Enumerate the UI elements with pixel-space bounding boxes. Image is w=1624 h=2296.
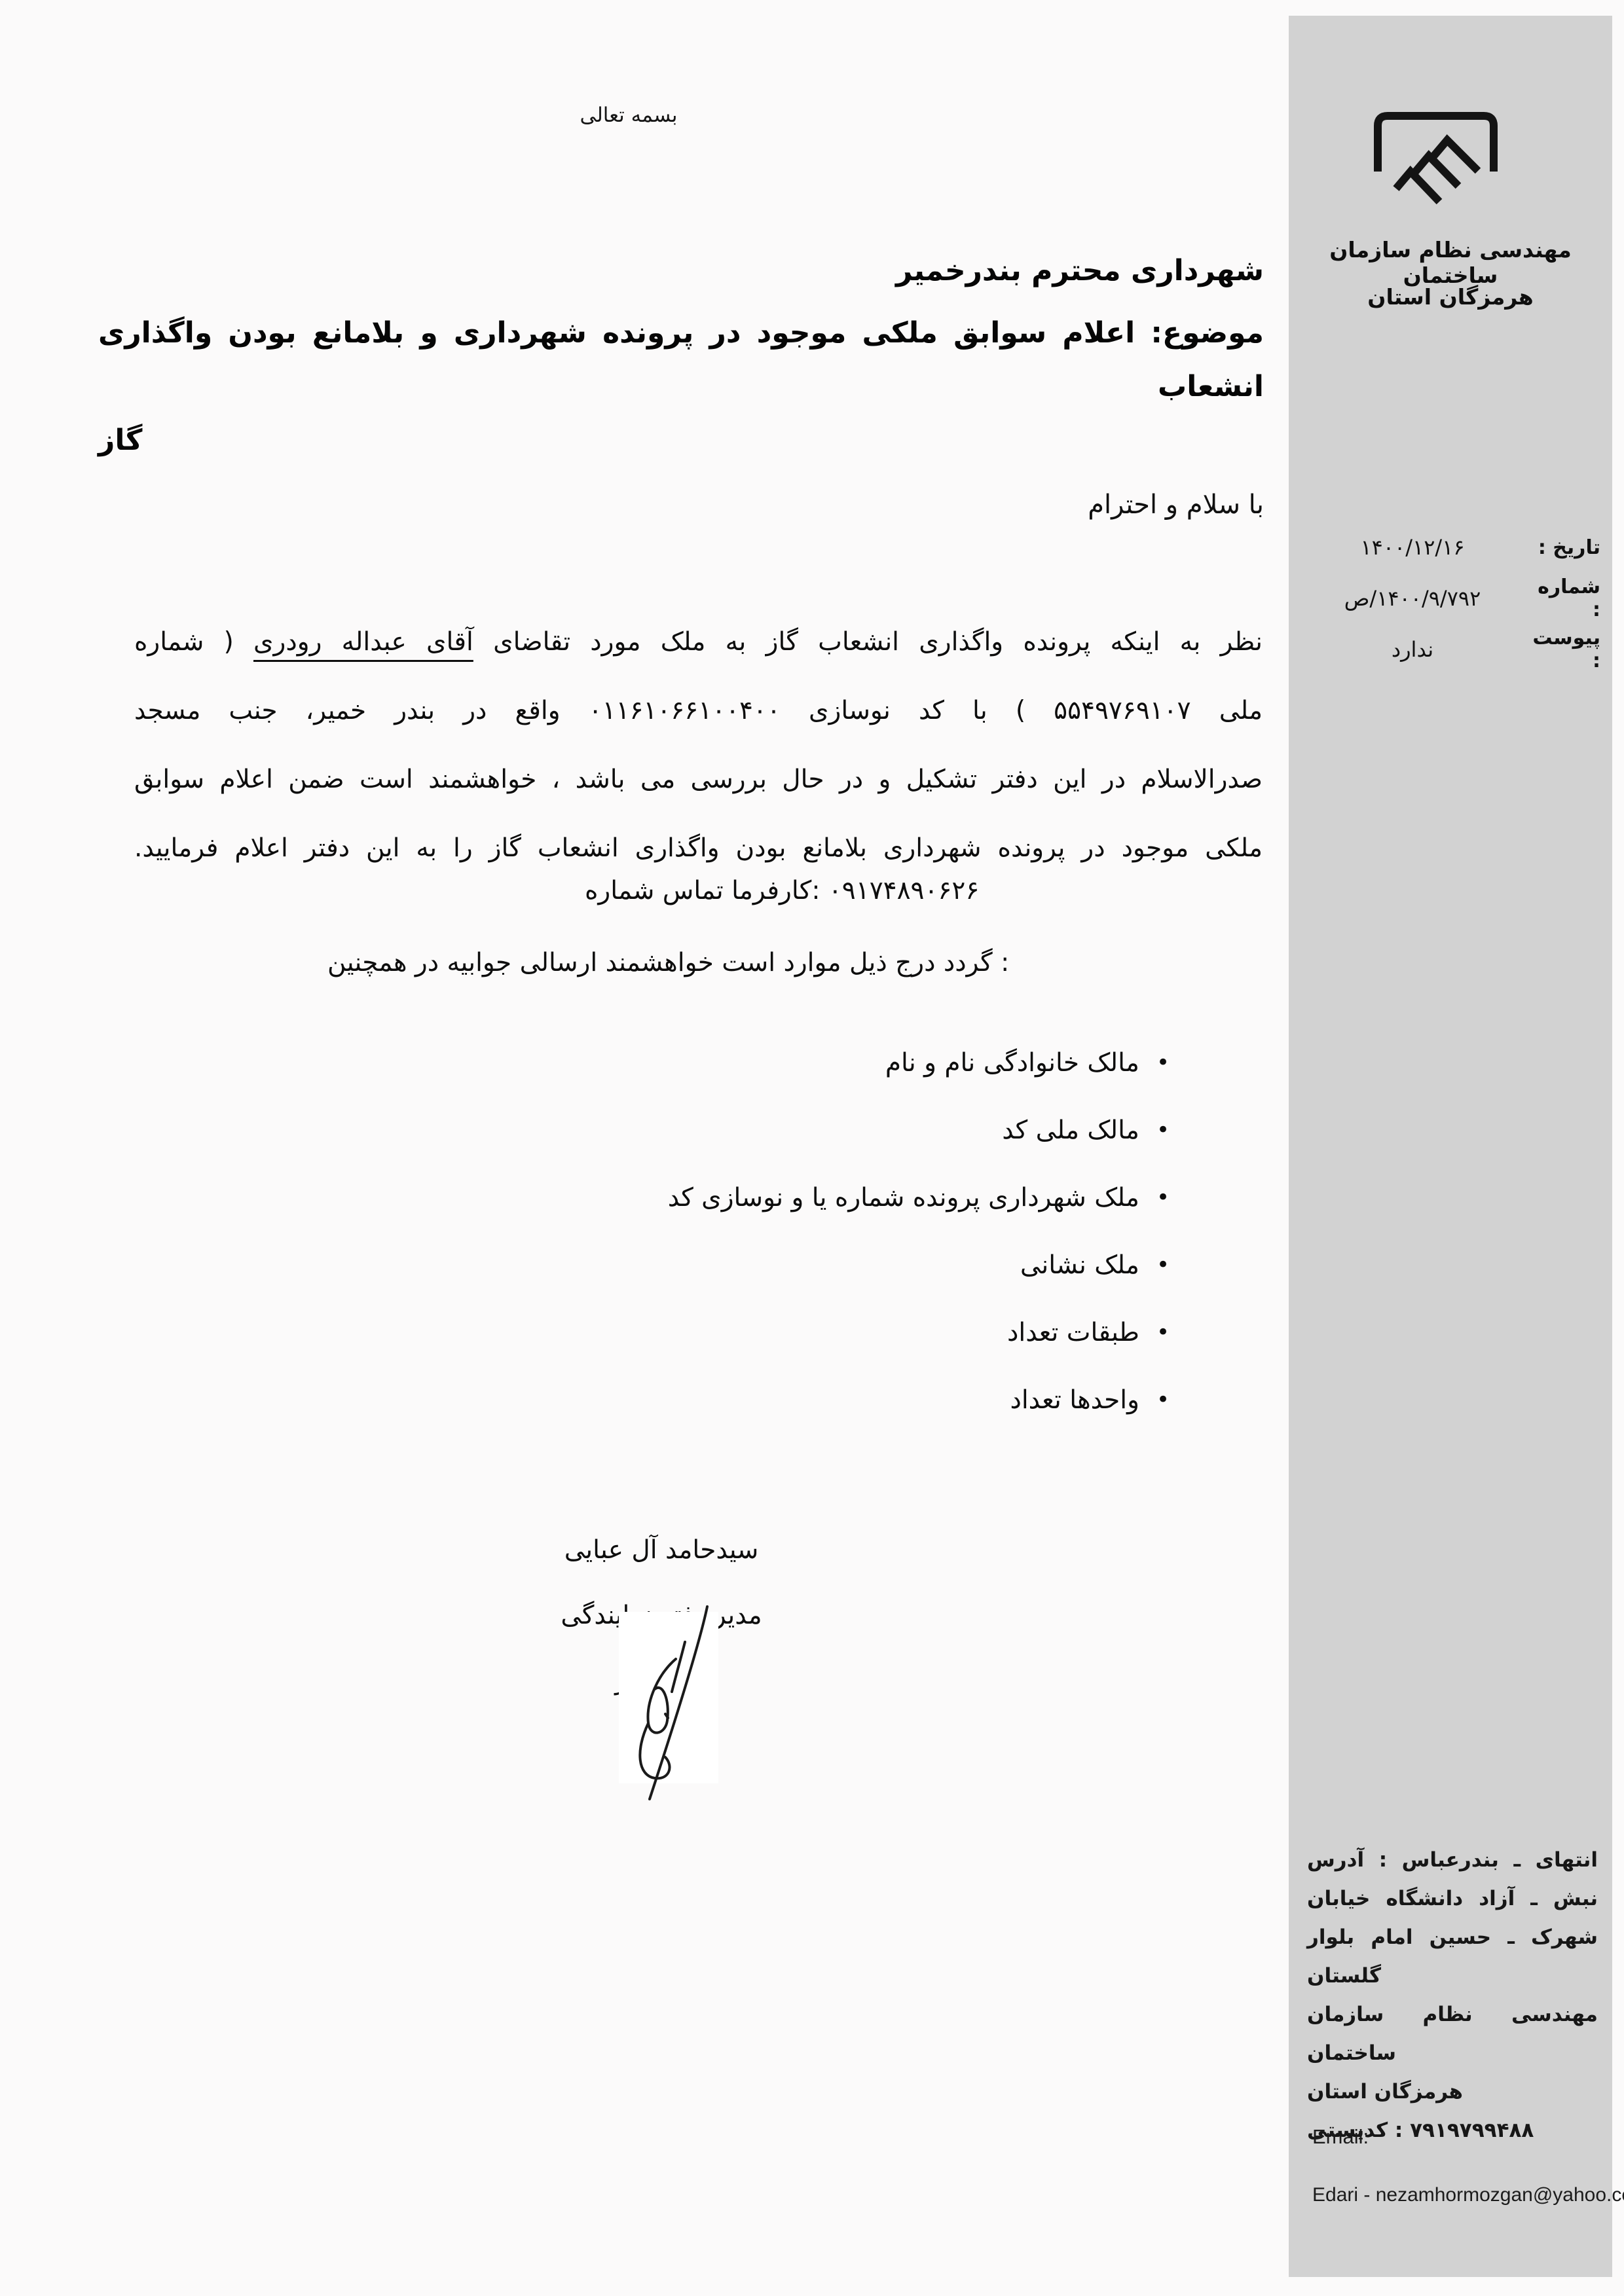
- list-item: کد ‎ملی ‎مالک•: [668, 1097, 1170, 1164]
- signer-name: سیدحامد آل عبایی: [521, 1518, 802, 1583]
- list-item-text: نام ‎و ‎نام ‎خانوادگی ‎مالک: [885, 1048, 1139, 1078]
- body-line-2: ملی ۵۵۴۹۷۶۹۱۰۷ ) با کد نوسازی ۰۱۱۶۱۰۶۶۱۰…: [134, 676, 1263, 745]
- attachment-label: پیوست :: [1527, 627, 1600, 672]
- subject-line-1: موضوع: اعلام سوابق ملکی موجود در پرونده …: [98, 306, 1264, 414]
- body-line1-pre: نظر به اینکه پرونده واگذاری انشعاب گاز ب…: [473, 627, 1263, 657]
- attachment-value: ندارد: [1298, 637, 1527, 662]
- applicant-name-underlined: آقای عبداله رودری: [253, 627, 473, 657]
- bullet-icon: •: [1156, 1097, 1170, 1164]
- org-name-line: سازمان ‎نظام ‎مهندسی ‎ساختمان: [1289, 237, 1612, 288]
- body-line-3: صدرالاسلام در این دفتر تشکیل و در حال بر…: [134, 745, 1263, 814]
- email-value: Edari - nezamhormozgan@yahoo.com: [1312, 2184, 1624, 2206]
- bullet-icon: •: [1156, 1164, 1170, 1231]
- address-line: خیابان ‎دانشگاه ‎آزاد ‎ـ ‎نبش: [1307, 1880, 1598, 1918]
- letter-page: بسمه تعالی شهرداری محترم بندرخمیر موضوع:…: [0, 0, 1624, 2296]
- list-item-text: تعداد ‎طبقات: [1007, 1318, 1139, 1347]
- reply-request-line: همچنین ‎در ‎جوابیه ‎ارسالی ‎خواهشمند ‎اس…: [327, 948, 1009, 977]
- attachment-field: پیوست : ندارد: [1298, 630, 1600, 669]
- recipient-line: شهرداری محترم بندرخمیر: [896, 254, 1264, 287]
- salutation-line: با سلام و احترام: [1088, 490, 1264, 520]
- body-line1-post: ( شماره: [134, 627, 253, 657]
- number-field: شماره : ۱۴۰۰/۹/۷۹۲/ص: [1298, 579, 1600, 618]
- org-province-line: استان ‎هرمزگان: [1289, 284, 1612, 310]
- bullet-icon: •: [1156, 1299, 1170, 1366]
- address-line: آدرس ‎: ‎بندرعباس ‎ـ ‎انتهای: [1307, 1841, 1598, 1880]
- address-line: استان ‎هرمزگان: [1307, 2073, 1598, 2111]
- list-item-text: نشانی ‎ملک: [1020, 1250, 1139, 1280]
- bullet-icon: •: [1156, 1029, 1170, 1097]
- subject-block: موضوع: اعلام سوابق ملکی موجود در پرونده …: [98, 306, 1264, 467]
- bismillah-text: بسمه تعالی: [537, 103, 720, 127]
- organization-logo-icon: [1369, 98, 1503, 213]
- list-item: تعداد ‎واحدها•: [668, 1366, 1170, 1434]
- bullet-icon: •: [1156, 1231, 1170, 1299]
- list-item-text: تعداد ‎واحدها: [1010, 1385, 1139, 1415]
- list-item-text: کد ‎نوسازی ‎و ‎یا ‎شماره ‎پرونده ‎شهردار…: [668, 1183, 1139, 1212]
- list-item: نشانی ‎ملک•: [668, 1231, 1170, 1299]
- date-value: ۱۴۰۰/۱۲/۱۶: [1298, 535, 1527, 560]
- required-items-list: نام ‎و ‎نام ‎خانوادگی ‎مالک• کد ‎ملی ‎ما…: [668, 1029, 1170, 1434]
- date-field: تاریخ : ۱۴۰۰/۱۲/۱۶: [1298, 528, 1600, 567]
- list-item-text: کد ‎ملی ‎مالک: [1002, 1116, 1139, 1145]
- address-block: آدرس ‎: ‎بندرعباس ‎ـ ‎انتهای خیابان ‎دان…: [1307, 1841, 1598, 2150]
- list-item: کد ‎نوسازی ‎و ‎یا ‎شماره ‎پرونده ‎شهردار…: [668, 1164, 1170, 1231]
- number-label: شماره :: [1527, 575, 1600, 621]
- subject-line-2: گاز: [98, 414, 1264, 467]
- email-label: Email:: [1312, 2125, 1369, 2149]
- address-line: سازمان ‎نظام ‎مهندسی ‎ساختمان: [1307, 1995, 1598, 2073]
- signature-scribble-icon: [608, 1603, 732, 1806]
- address-line: بلوار ‎امام ‎حسین ‎ـ ‎شهرک: [1307, 1918, 1598, 1957]
- letterhead-sidebar: سازمان ‎نظام ‎مهندسی ‎ساختمان استان ‎هرم…: [1289, 16, 1612, 2277]
- number-value: ۱۴۰۰/۹/۷۹۲/ص: [1298, 586, 1527, 611]
- body-paragraph: نظر به اینکه پرونده واگذاری انشعاب گاز ب…: [134, 608, 1263, 883]
- bullet-icon: •: [1156, 1366, 1170, 1434]
- list-item: نام ‎و ‎نام ‎خانوادگی ‎مالک•: [668, 1029, 1170, 1097]
- employer-phone-line: شماره ‎تماس ‎کارفرما: ‎۰۹۱۷۴۸۹۰۶۲۶: [585, 876, 979, 905]
- body-line-1: نظر به اینکه پرونده واگذاری انشعاب گاز ب…: [134, 608, 1263, 676]
- date-label: تاریخ :: [1527, 536, 1600, 559]
- body-line-4: ملکی موجود در پرونده شهرداری بلامانع بود…: [134, 814, 1263, 883]
- list-item: تعداد ‎طبقات•: [668, 1299, 1170, 1366]
- address-line: گلستان: [1307, 1957, 1598, 1995]
